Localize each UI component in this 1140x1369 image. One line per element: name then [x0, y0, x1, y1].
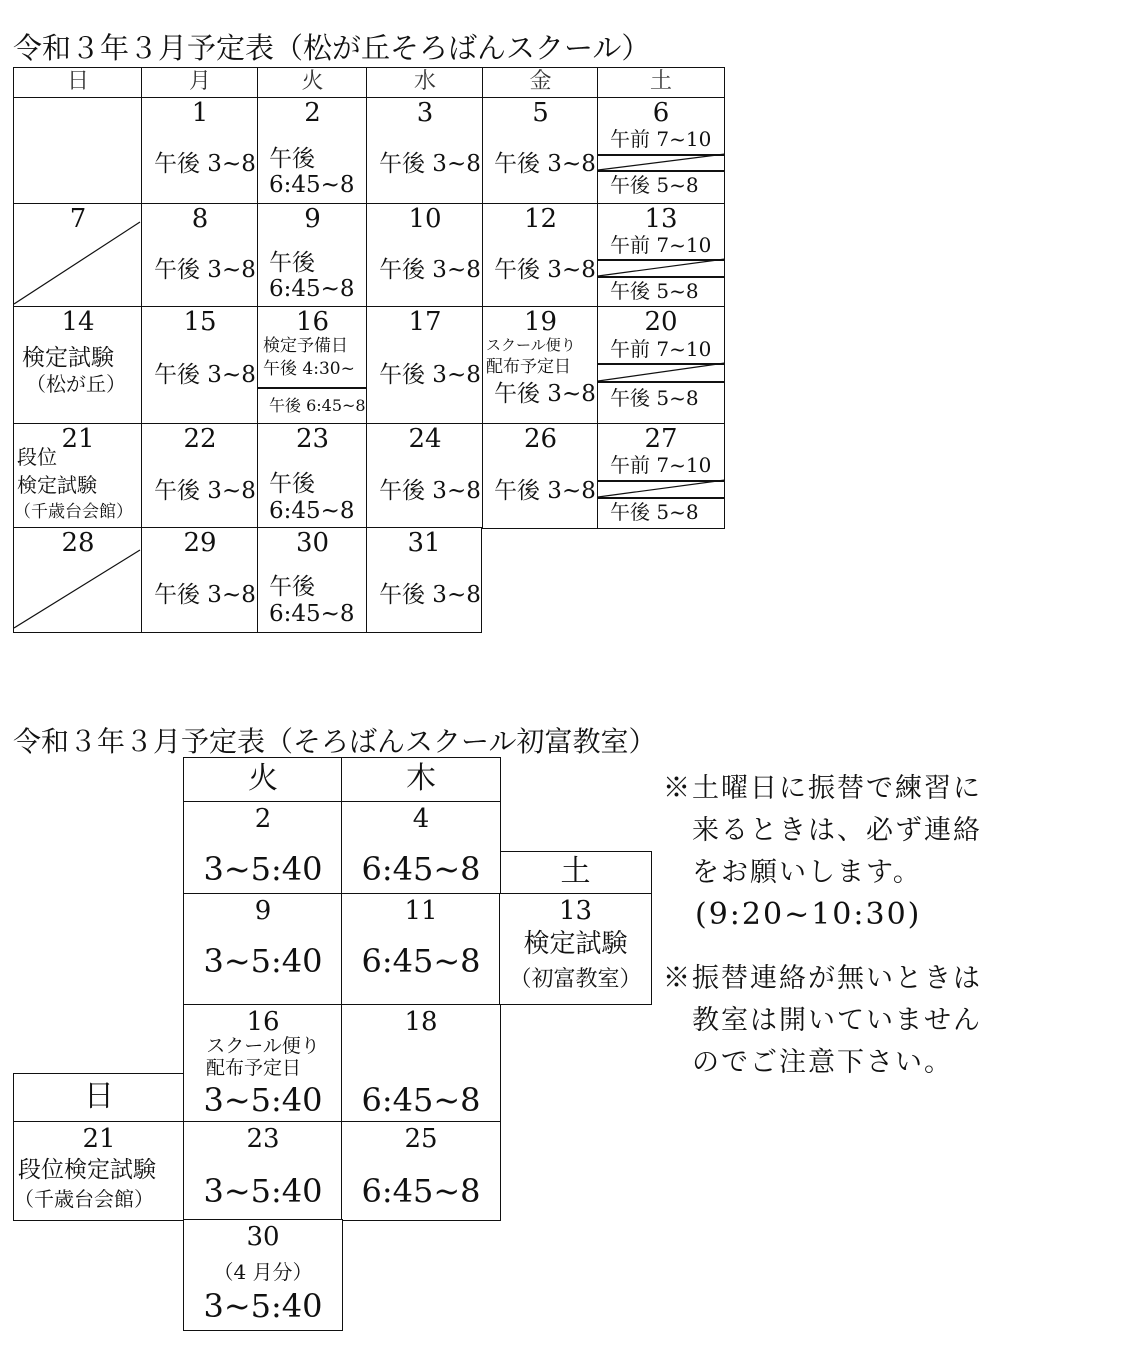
lesson-time: 6:45~8 — [269, 172, 355, 198]
day-number: 31 — [367, 530, 481, 556]
day-number: 19 — [483, 309, 598, 335]
day-cell-5: 5 午後 3~8 — [482, 97, 599, 205]
lesson-time: 3~5:40 — [184, 852, 342, 886]
lesson-time: 午後 3~8 — [494, 151, 596, 177]
closed-slash — [14, 204, 142, 307]
day-cell-17: 17 午後 3~8 — [366, 306, 484, 425]
day-cell-21: 21 段位 検定試験 （千歳台会館） — [13, 423, 143, 529]
lesson-time: 6:45~8 — [269, 601, 355, 627]
day-number: 2 — [184, 804, 342, 834]
evening-time: 午後 5~8 — [610, 387, 699, 409]
day-cell-26: 26 午後 3~8 — [482, 423, 599, 529]
day-number: 17 — [367, 309, 483, 335]
day-cell-13: 13 検定試験 （初富教室） — [499, 893, 652, 1005]
day-cell-30: 30 午後 6:45~8 — [257, 527, 368, 633]
day-cell-7: 7 — [13, 203, 143, 308]
day-number: 16 — [184, 1007, 342, 1037]
lesson-time: 3~5:40 — [184, 1289, 342, 1323]
header-tue: 火 — [183, 757, 343, 803]
day-cell-8: 8 午後 3~8 — [141, 203, 259, 308]
day-number: 11 — [342, 896, 500, 926]
event-label: 段位検定試験 — [18, 1156, 156, 1184]
note-line: ※土曜日に振替で練習に — [663, 768, 982, 810]
note-line: 教室は開いていません — [663, 1000, 982, 1042]
day-number: 1 — [142, 100, 258, 126]
lesson-time: 午後 3~8 — [379, 582, 481, 608]
day-number: 16 — [258, 309, 367, 335]
header-sat: 土 — [499, 851, 652, 895]
month-note: （4 月分） — [184, 1259, 342, 1285]
schedule-title-matsugaoka: 令和３年３月予定表（松が丘そろばんスクール） — [13, 26, 650, 67]
day-cell-23: 23 午後 6:45~8 — [257, 423, 368, 529]
lesson-time: 6:45~8 — [342, 852, 500, 886]
event-location: （千歳台会館） — [14, 502, 133, 522]
lesson-time-label: 午後 — [269, 471, 315, 497]
header-sun: 日 — [13, 1073, 185, 1123]
day-number: 14 — [14, 309, 142, 335]
lesson-time: 6:45~8 — [342, 944, 500, 978]
day-number: 30 — [184, 1222, 342, 1252]
lesson-time-label: 午後 — [269, 146, 315, 172]
lesson-time: 6:45~8 — [269, 498, 355, 524]
day-cell-10: 10 午後 3~8 — [366, 203, 484, 308]
day-cell-6: 6 午前 7~10 午後 5~8 — [597, 97, 725, 205]
day-cell-20: 20 午前 7~10 午後 5~8 — [597, 306, 725, 425]
day-number: 5 — [483, 100, 598, 126]
event-label: 検定予備日 — [263, 336, 348, 356]
lesson-time: 午後 3~8 — [494, 381, 596, 407]
lesson-time: 午後 3~8 — [154, 257, 256, 283]
newsletter-date-label: 配布予定日 — [206, 1057, 301, 1079]
note-line: 来るときは、必ず連絡 — [663, 810, 982, 852]
lesson-time: 午後 3~8 — [494, 478, 596, 504]
event-location: （初富教室） — [500, 966, 651, 994]
lesson-time: 午後 6:45~8 — [269, 396, 366, 416]
header-thu: 木 — [341, 757, 501, 803]
evening-time: 午後 5~8 — [610, 174, 699, 196]
event-label: 検定試験 — [17, 474, 97, 496]
event-label: 段位 — [17, 446, 57, 468]
lesson-time: 午後 3~8 — [494, 257, 596, 283]
day-number: 29 — [142, 530, 258, 556]
day-number: 10 — [367, 206, 483, 232]
lesson-time: 3~5:40 — [184, 944, 342, 978]
day-number: 2 — [258, 100, 367, 126]
header-sat: 土 — [597, 67, 725, 99]
day-number: 23 — [184, 1124, 342, 1154]
day-number: 21 — [14, 1124, 184, 1154]
lesson-time: 午後 3~8 — [379, 257, 481, 283]
lesson-time: 6:45~8 — [342, 1083, 500, 1117]
lesson-time: 午後 3~8 — [154, 582, 256, 608]
lesson-time-label: 午後 — [269, 574, 315, 600]
notes-makeup-lesson: ※土曜日に振替で練習に 来るときは、必ず連絡 をお願いします。 (9:20~10… — [663, 768, 982, 936]
event-label: 検定試験 — [22, 345, 114, 371]
day-cell-21: 21 段位検定試験 （千歳台会館） — [13, 1121, 185, 1221]
note-time: (9:20~10:30) — [663, 894, 982, 936]
day-cell-11: 11 6:45~8 — [341, 893, 501, 1006]
day-cell-19: 19 スクール便り 配布予定日 午後 3~8 — [482, 306, 599, 425]
event-location: （千歳台会館） — [14, 1186, 154, 1212]
day-cell-empty — [13, 97, 143, 205]
newsletter-date-label: 配布予定日 — [486, 357, 571, 377]
lesson-time: 3~5:40 — [184, 1174, 342, 1208]
newsletter-label: スクール便り — [184, 1035, 342, 1057]
day-cell-3: 3 午後 3~8 — [366, 97, 484, 205]
day-cell-14: 14 検定試験 （松が丘） — [13, 306, 143, 425]
day-number: 25 — [342, 1124, 500, 1154]
day-cell-2: 2 午後 6:45~8 — [257, 97, 368, 205]
day-cell-12: 12 午後 3~8 — [482, 203, 599, 308]
header-mon: 月 — [141, 67, 259, 99]
day-number: 13 — [500, 896, 651, 926]
day-cell-1: 1 午後 3~8 — [141, 97, 259, 205]
header-sun: 日 — [13, 67, 143, 99]
day-cell-13: 13 午前 7~10 午後 5~8 — [597, 203, 725, 308]
lesson-time-label: 午後 — [269, 250, 315, 276]
day-cell-4: 4 6:45~8 — [341, 801, 501, 895]
day-cell-28: 28 — [13, 527, 143, 633]
lesson-time: 午後 3~8 — [379, 362, 481, 388]
day-cell-22: 22 午後 3~8 — [141, 423, 259, 529]
day-cell-23: 23 3~5:40 — [183, 1121, 343, 1221]
day-cell-30: 30 （4 月分） 3~5:40 — [183, 1219, 343, 1331]
divider — [258, 387, 368, 389]
day-number: 12 — [483, 206, 598, 232]
day-cell-25: 25 6:45~8 — [341, 1121, 501, 1221]
note-line: ※振替連絡が無いときは — [663, 958, 982, 1000]
day-number: 3 — [367, 100, 483, 126]
lesson-time: 午後 3~8 — [379, 151, 481, 177]
day-number: 22 — [142, 426, 258, 452]
day-cell-9: 9 3~5:40 — [183, 893, 343, 1006]
day-cell-24: 24 午後 3~8 — [366, 423, 484, 529]
day-number: 18 — [342, 1007, 500, 1037]
note-line: をお願いします。 — [663, 852, 982, 894]
lesson-time: 6:45~8 — [342, 1174, 500, 1208]
day-number: 30 — [258, 530, 367, 556]
day-number: 9 — [184, 896, 342, 926]
evening-time: 午後 5~8 — [610, 280, 699, 302]
day-cell-18: 18 6:45~8 — [341, 1004, 501, 1123]
lesson-time: 3~5:40 — [184, 1083, 342, 1117]
day-number: 26 — [483, 426, 598, 452]
header-tue: 火 — [257, 67, 368, 99]
day-number: 15 — [142, 309, 258, 335]
day-cell-16: 16 スクール便り 配布予定日 3~5:40 — [183, 1004, 343, 1123]
day-number: 8 — [142, 206, 258, 232]
day-cell-27: 27 午前 7~10 午後 5~8 — [597, 423, 725, 529]
lesson-time: 午後 3~8 — [154, 478, 256, 504]
day-cell-29: 29 午後 3~8 — [141, 527, 259, 633]
event-location: （松が丘） — [26, 373, 126, 395]
event-time: 午後 4:30~ — [263, 359, 355, 379]
lesson-time: 午後 3~8 — [379, 478, 481, 504]
note-line: のでご注意下さい。 — [663, 1042, 982, 1084]
day-cell-15: 15 午後 3~8 — [141, 306, 259, 425]
day-cell-16: 16 検定予備日 午後 4:30~ 午後 6:45~8 — [257, 306, 368, 425]
notes-closed: ※振替連絡が無いときは 教室は開いていません のでご注意下さい。 — [663, 958, 982, 1084]
header-wed: 水 — [366, 67, 484, 99]
day-number: 9 — [258, 206, 367, 232]
day-number: 23 — [258, 426, 367, 452]
lesson-time: 6:45~8 — [269, 276, 355, 302]
newsletter-label: スクール便り — [486, 335, 576, 355]
day-cell-2: 2 3~5:40 — [183, 801, 343, 895]
evening-time: 午後 5~8 — [610, 501, 699, 523]
schedule-title-hatsutomi: 令和３年３月予定表（そろばんスクール初富教室） — [13, 720, 656, 760]
closed-slash — [14, 528, 142, 632]
day-number: 24 — [367, 426, 483, 452]
header-fri: 金 — [482, 67, 599, 99]
day-cell-9: 9 午後 6:45~8 — [257, 203, 368, 308]
event-label: 検定試験 — [500, 928, 651, 960]
day-number: 4 — [342, 804, 500, 834]
lesson-time: 午後 3~8 — [154, 362, 256, 388]
lesson-time: 午後 3~8 — [154, 151, 256, 177]
day-cell-31: 31 午後 3~8 — [366, 527, 482, 633]
